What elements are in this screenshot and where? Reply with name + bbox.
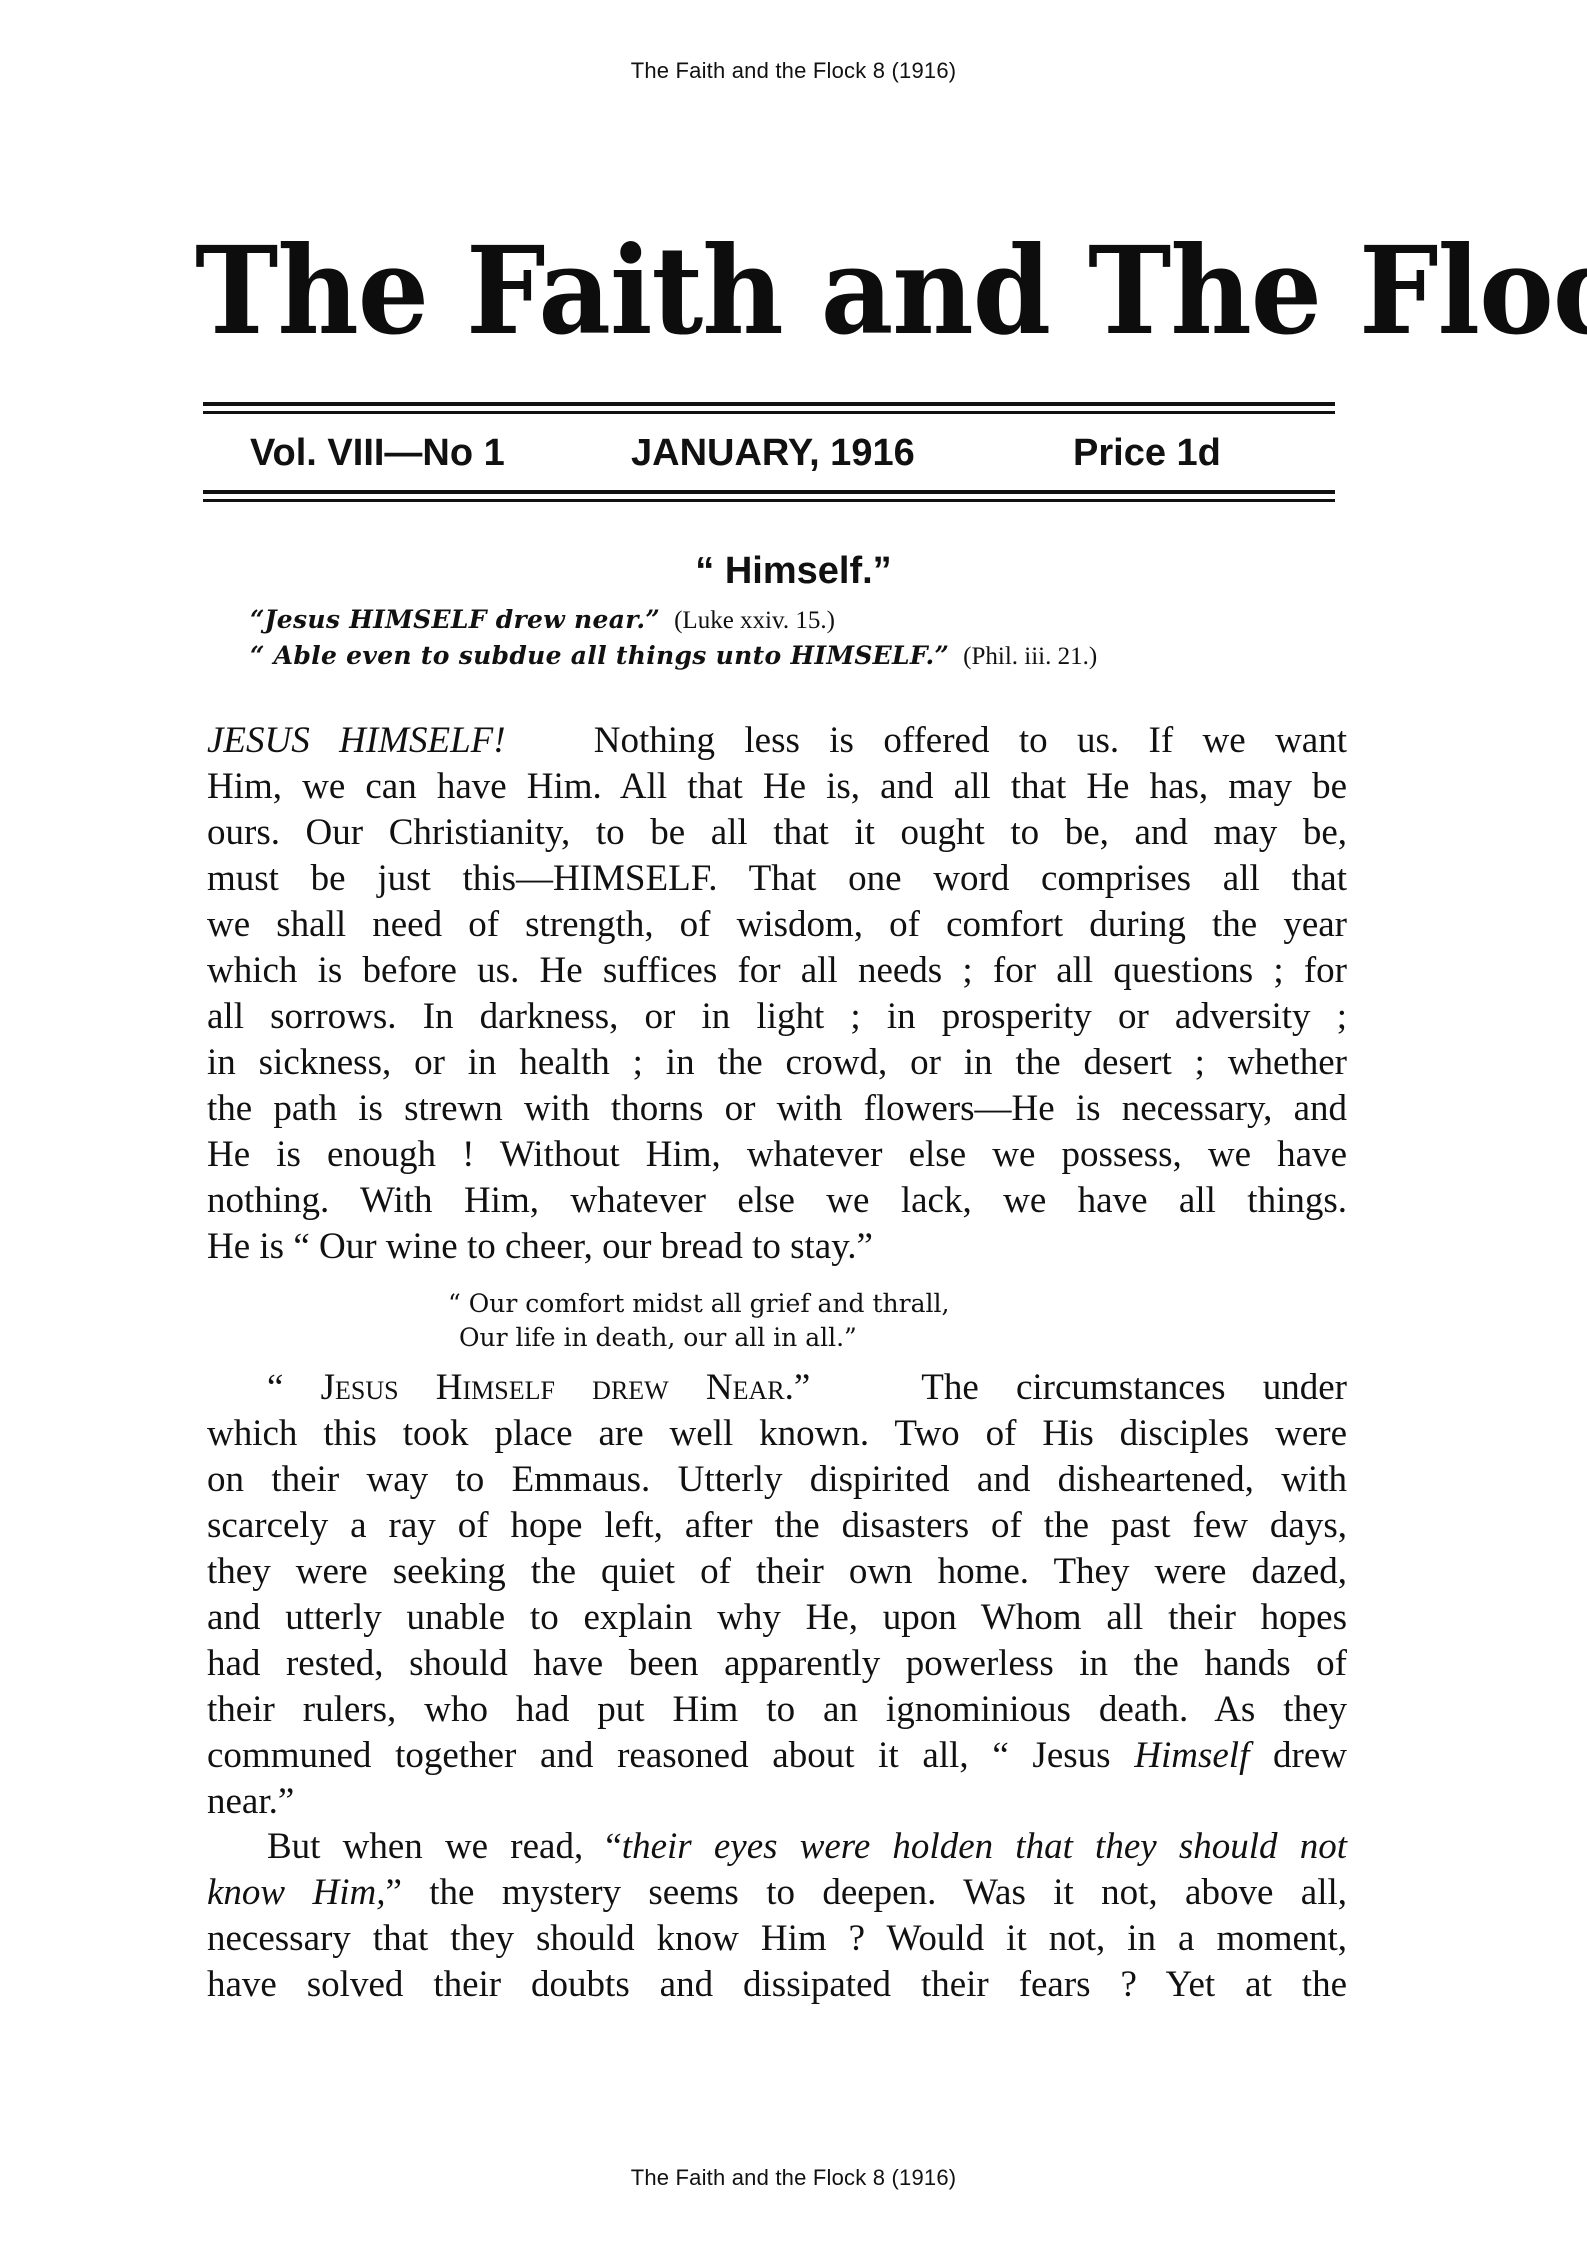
text-line: in sickness, or in health ; in the crowd… (207, 1040, 1347, 1086)
text-line: know Him,” the mystery seems to deepen. … (207, 1870, 1347, 1916)
text-run: But when we read, “ (267, 1826, 622, 1867)
article-title: “ Himself.” (0, 550, 1587, 593)
text-line: we shall need of strength, of wisdom, of… (207, 902, 1347, 948)
verse-quotation: “ Our comfort midst all grief and thrall… (448, 1287, 949, 1355)
text-line: nothing. With Him, whatever else we lack… (207, 1178, 1347, 1224)
text-line: and utterly unable to explain why He, up… (207, 1595, 1347, 1641)
paragraph-1: JESUS HIMSELF! Nothing less is offered t… (207, 718, 1347, 1270)
text-line: JESUS HIMSELF! Nothing less is offered t… (207, 718, 1347, 764)
issue-volume: Vol. VIII—No 1 (250, 432, 505, 475)
rule-line (203, 490, 1335, 494)
running-header: The Faith and the Flock 8 (1916) (0, 58, 1587, 84)
epigraph-quote: “Jesus HIMSELF drew near.” (250, 605, 660, 634)
text-line: But when we read, “their eyes were holde… (207, 1824, 1347, 1870)
text-run-italic: Himself (1134, 1735, 1249, 1776)
text-line: all sorrows. In darkness, or in light ; … (207, 994, 1347, 1040)
paragraph-2: “ Jesus Himself drew Near.” The circumst… (207, 1365, 1347, 1825)
text-run: communed together and reasoned about it … (207, 1735, 1111, 1776)
lead-smallcaps: “ Jesus Himself drew Near.” (267, 1367, 810, 1408)
epigraph: “ Able even to subdue all things unto HI… (250, 641, 1350, 671)
issue-date: JANUARY, 1916 (631, 432, 915, 475)
text-run: Nothing less is offered to us. If we wan… (594, 720, 1347, 761)
running-footer: The Faith and the Flock 8 (1916) (0, 2165, 1587, 2191)
masthead-title: The Faith and The Flock. (195, 220, 1355, 365)
text-line: had rested, should have been apparently … (207, 1641, 1347, 1687)
masthead-rule-bottom (203, 490, 1335, 504)
lead-italic: JESUS HIMSELF! (207, 720, 506, 761)
text-line: near.” (207, 1779, 1347, 1825)
text-line: necessary that they should know Him ? Wo… (207, 1916, 1347, 1962)
text-line: on their way to Emmaus. Utterly dispirit… (207, 1457, 1347, 1503)
verse-line: Our life in death, our all in all.” (448, 1321, 949, 1355)
text-run-italic: their eyes were holden that they should … (622, 1826, 1347, 1867)
text-line: communed together and reasoned about it … (207, 1733, 1347, 1779)
epigraph-quote: “ Able even to subdue all things unto HI… (250, 641, 949, 670)
text-line: Him, we can have Him. All that He is, an… (207, 764, 1347, 810)
text-line: which is before us. He suffices for all … (207, 948, 1347, 994)
text-line: they were seeking the quiet of their own… (207, 1549, 1347, 1595)
text-line: He is “ Our wine to cheer, our bread to … (207, 1224, 1347, 1270)
text-line: must be just this—HIMSELF. That one word… (207, 856, 1347, 902)
text-line: “ Jesus Himself drew Near.” The circumst… (207, 1365, 1347, 1411)
masthead-rule-top (203, 402, 1335, 416)
text-line: their rulers, who had put Him to an igno… (207, 1687, 1347, 1733)
epigraph-reference: (Luke xxiv. 15.) (674, 607, 835, 634)
issue-line: Vol. VIII—No 1 JANUARY, 1916 Price 1d (203, 432, 1335, 482)
text-line: the path is strewn with thorns or with f… (207, 1086, 1347, 1132)
rule-line (203, 402, 1335, 406)
verse-line: “ Our comfort midst all grief and thrall… (448, 1287, 949, 1321)
epigraph-reference: (Phil. iii. 21.) (963, 643, 1097, 670)
text-run-italic: know Him, (207, 1872, 385, 1913)
text-run: drew (1273, 1735, 1347, 1776)
rule-line (203, 499, 1335, 502)
text-run: ” the mystery seems to deepen. Was it no… (385, 1872, 1347, 1913)
paragraph-3: But when we read, “their eyes were holde… (207, 1824, 1347, 2008)
rule-line (203, 411, 1335, 414)
epigraph: “Jesus HIMSELF drew near.”(Luke xxiv. 15… (250, 605, 1350, 635)
issue-price: Price 1d (1073, 432, 1221, 475)
text-line: which this took place are well known. Tw… (207, 1411, 1347, 1457)
text-line: ours. Our Christianity, to be all that i… (207, 810, 1347, 856)
text-line: scarcely a ray of hope left, after the d… (207, 1503, 1347, 1549)
text-run: The circumstances under (921, 1367, 1347, 1408)
text-line: He is enough ! Without Him, whatever els… (207, 1132, 1347, 1178)
text-line: have solved their doubts and dissipated … (207, 1962, 1347, 2008)
